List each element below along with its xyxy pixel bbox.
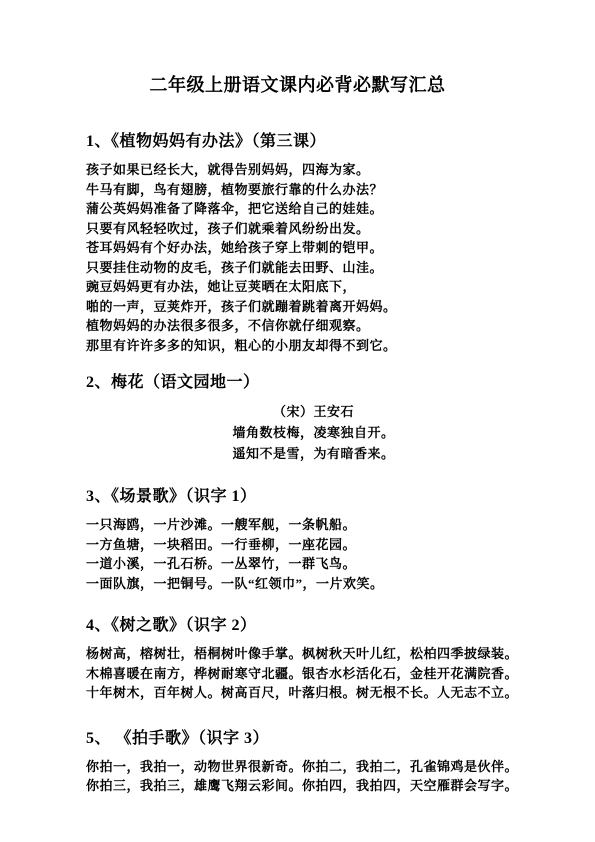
text-line: 豌豆妈妈更有办法，她让豆荚晒在太阳底下， [86,277,509,297]
text-line: 苍耳妈妈有个好办法，她给孩子穿上带刺的铠甲。 [86,238,509,258]
text-line: 啪的一声，豆荚炸开，孩子们就蹦着跳着离开妈妈。 [86,297,509,317]
section-clapping-song: 5、 《拍手歌》（识字 3） 你拍一，我拍一，动物世界很新奇。你拍二，我拍二，孔… [86,727,509,796]
text-line: 一方鱼塘，一块稻田。一行垂柳，一座花园。 [86,535,509,555]
text-line: 牛马有脚，鸟有翅膀，植物要旅行靠的什么办法？ [86,180,509,200]
text-line: 只要有风轻轻吹过，孩子们就乘着风纷纷出发。 [86,219,509,239]
document-page: 二年级上册语文课内必背必默写汇总 1、《植物妈妈有办法》（第三课） 孩子如果已经… [0,0,595,842]
document-title: 二年级上册语文课内必背必默写汇总 [86,72,509,98]
section-5-heading: 5、 《拍手歌》（识字 3） [86,727,509,750]
section-tree-song: 4、《树之歌》（识字 2） 杨树高，榕树壮，梧桐树叶像手掌。枫树秋天叶儿红，松柏… [86,614,509,703]
poem-line: 墙角数枝梅，凌寒独自开。 [102,422,525,443]
text-line: 蒲公英妈妈准备了降落伞，把它送给自己的娃娃。 [86,199,509,219]
text-line: 一面队旗，一把铜号。一队“红领巾”，一片欢笑。 [86,574,509,594]
text-line: 植物妈妈的办法很多很多，不信你就仔细观察。 [86,316,509,336]
section-3-heading: 3、《场景歌》（识字 1） [86,485,509,508]
text-line: 孩子如果已经长大，就得告别妈妈，四海为家。 [86,160,509,180]
text-line: 一道小溪，一孔石桥。一丛翠竹，一群飞鸟。 [86,554,509,574]
poem-line: 遥知不是雪，为有暗香来。 [102,443,525,464]
text-line: 十年树木，百年树人。树高百尺，叶落归根。树无根不长。人无志不立。 [86,683,509,703]
poem-author-line: （宋）王安石 [102,401,525,422]
section-2-heading: 2、梅花（语文园地一） [86,371,509,394]
text-line: 杨树高，榕树壮，梧桐树叶像手掌。枫树秋天叶儿红，松柏四季披绿装。 [86,644,509,664]
section-1-heading: 1、《植物妈妈有办法》（第三课） [86,130,509,153]
text-line: 你拍一，我拍一，动物世界很新奇。你拍二，我拍二，孔雀锦鸡是伙伴。 [86,757,509,777]
text-line: 你拍三，我拍三，雄鹰飞翔云彩间。你拍四，我拍四，天空雁群会写字。 [86,776,509,796]
text-line: 木棉喜暖在南方，桦树耐寒守北疆。银杏水杉活化石，金桂开花满院香。 [86,664,509,684]
section-plant-mothers: 1、《植物妈妈有办法》（第三课） 孩子如果已经长大，就得告别妈妈，四海为家。 牛… [86,130,509,355]
text-line: 那里有许许多多的知识，粗心的小朋友却得不到它。 [86,336,509,356]
section-4-heading: 4、《树之歌》（识字 2） [86,614,509,637]
section-plum-blossom-poem: 2、梅花（语文园地一） （宋）王安石 墙角数枝梅，凌寒独自开。 遥知不是雪，为有… [86,371,509,464]
section-scene-song: 3、《场景歌》（识字 1） 一只海鸥，一片沙滩。一艘军舰，一条帆船。 一方鱼塘，… [86,485,509,593]
text-line: 一只海鸥，一片沙滩。一艘军舰，一条帆船。 [86,515,509,535]
text-line: 只要挂住动物的皮毛，孩子们就能去田野、山洼。 [86,258,509,278]
